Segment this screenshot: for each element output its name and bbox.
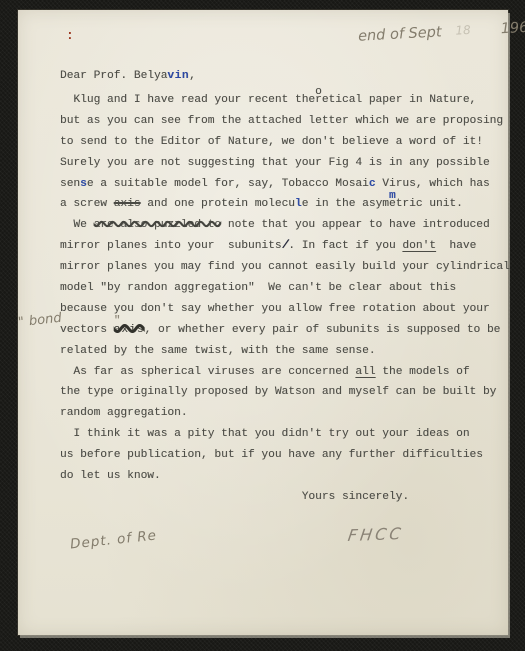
scanned-letter: : end of Sept181963 Dear Prof. Belyavin,…	[0, 0, 525, 651]
letter-body: Dear Prof. Belyavin, Klug and I have rea…	[60, 68, 510, 510]
text-segment: mirror planes you may find you cannot ea…	[60, 261, 510, 273]
text-segment: vin	[167, 70, 189, 82]
text-segment: the models of	[376, 366, 470, 378]
letter-line: mirror planes into your subunits/. In fa…	[60, 238, 510, 259]
letter-line: model "by randon aggregation" We can't b…	[60, 280, 510, 301]
date-year: 1963	[500, 19, 525, 37]
text-segment: s	[80, 178, 87, 190]
text-segment: , or whether every pair of subunits is s…	[145, 324, 501, 336]
letter-line: We are also puzzled to note that you app…	[60, 217, 510, 238]
letter-line: but as you can see from the attached let…	[60, 113, 510, 134]
text-segment: but as you can see from the attached let…	[60, 115, 503, 127]
handwritten-initials: FHCC	[347, 524, 405, 545]
letter-line: sense a suitable model for, say, Tobacco…	[60, 176, 510, 197]
text-segment: model "by randon aggregation" We can't b…	[60, 282, 456, 294]
text-segment: etric unit.	[389, 198, 463, 210]
margin-word-bond: bond	[28, 311, 62, 329]
letter-line: us before publication, but if you have a…	[60, 447, 510, 468]
letter-line: mirror planes you may find you cannot ea…	[60, 259, 510, 280]
text-segment: As far as spherical viruses are concerne…	[60, 366, 355, 378]
text-segment: sen	[60, 178, 80, 190]
date-text: end of Sept	[358, 24, 442, 44]
letter-paper: : end of Sept181963 Dear Prof. Belyavin,…	[18, 10, 508, 635]
text-segment: c	[369, 178, 376, 190]
margin-quote-mark: "	[17, 315, 25, 331]
faint-date-day: 18	[455, 23, 471, 40]
text-segment: have	[436, 240, 476, 252]
letter-line: Yours sincerely.	[60, 489, 510, 510]
text-segment: us before publication, but if you have a…	[60, 449, 483, 461]
letter-line: As far as spherical viruses are concerne…	[60, 364, 510, 385]
text-segment: and one protein molecu	[141, 198, 295, 210]
text-segment: note that you appear to have introduced	[221, 219, 490, 231]
salutation-line: Dear Prof. Belyavin,	[60, 68, 510, 92]
text-segment: because you don't say whether you allow …	[60, 303, 490, 315]
text-segment: Virus, which has	[376, 178, 490, 190]
red-ink-mark: :	[66, 28, 74, 43]
letter-line: the type originally proposed by Watson a…	[60, 384, 510, 405]
text-segment: axis	[114, 198, 141, 210]
text-segment: e in the asym	[302, 198, 389, 210]
letter-line: I think it was a pity that you didn't tr…	[60, 426, 510, 447]
text-segment: ,	[189, 70, 196, 82]
text-segment: related by the same twist, with the same…	[60, 345, 376, 357]
letter-line: Surely you are not suggesting that your …	[60, 155, 510, 176]
text-segment: mirror planes into your subunits	[60, 240, 282, 252]
text-segment: Klug and I have read your recent the	[60, 94, 315, 106]
text-segment: retical paper in Nature,	[315, 94, 476, 106]
handwritten-date-annotation: end of Sept181963	[358, 19, 525, 44]
handwritten-dept-note: Dept. of Re	[69, 527, 157, 552]
text-segment: a screw	[60, 198, 114, 210]
letter-line: random aggregation.	[60, 405, 510, 426]
text-segment: random aggregation.	[60, 407, 188, 419]
letter-line: do let us know.	[60, 468, 510, 489]
text-segment: Surely you are not suggesting that your …	[60, 157, 490, 169]
letter-line: a screw axis and one protein molecule in…	[60, 196, 510, 217]
letter-line: because you don't say whether you allow …	[60, 301, 510, 322]
letter-line: related by the same twist, with the same…	[60, 343, 510, 364]
text-segment: don't	[402, 240, 436, 252]
text-segment: We	[60, 219, 94, 231]
text-segment: do let us know.	[60, 470, 161, 482]
text-segment: . In fact if you	[288, 240, 402, 252]
text-segment: vectors	[60, 324, 114, 336]
text-segment: the type originally proposed by Watson a…	[60, 386, 496, 398]
text-segment: to send to the Editor of Nature, we don'…	[60, 136, 483, 148]
text-segment: I think it was a pity that you didn't tr…	[60, 428, 470, 440]
text-segment: all	[355, 366, 375, 378]
text-segment: Dear Prof. Belya	[60, 70, 167, 82]
text-segment: are also puzzled to	[94, 219, 222, 231]
text-segment: l	[295, 198, 302, 210]
text-segment: Yours sincerely.	[60, 491, 409, 503]
text-segment: e a suitable model for, say, Tobacco Mos…	[87, 178, 369, 190]
margin-correction-note: " bond	[17, 311, 62, 330]
letter-line: Klug and I have read your recent theoret…	[60, 92, 510, 113]
letter-line: to send to the Editor of Nature, we don'…	[60, 134, 510, 155]
letter-line: vectors "axis, or whether every pair of …	[60, 322, 510, 343]
